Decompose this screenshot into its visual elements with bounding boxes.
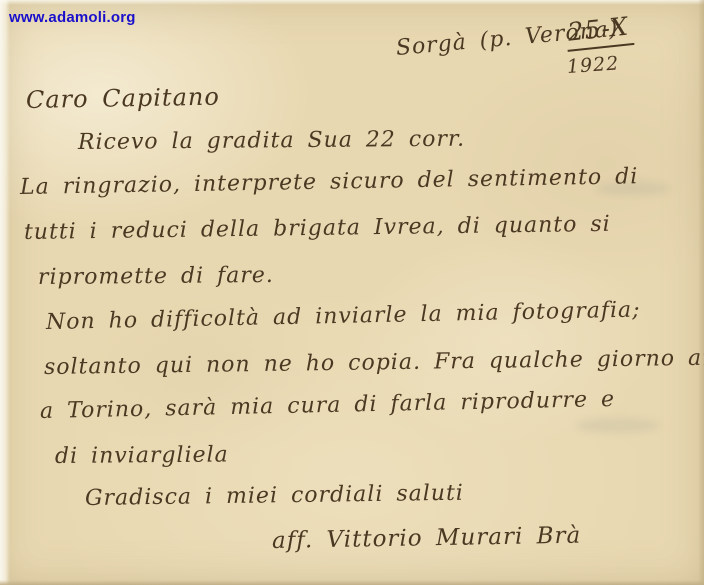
paper-edge-top [0,0,704,5]
letter-line: a Torino, sarà mia cura di farla riprodu… [40,387,616,424]
site-watermark: www.adamoli.org [9,9,136,26]
letter-line: di inviargliela [55,442,229,469]
paper-edge-right [698,0,704,585]
letter-line: Gradisca i miei cordiali saluti [85,481,464,511]
paper-smudge [576,418,660,433]
dateline-year: 1922 [566,52,620,78]
letter-line: La ringrazio, interprete sicuro del sent… [20,164,639,200]
letter-line: tutti i reduci della brigata Ivrea, di q… [24,212,611,245]
signature: aff. Vittorio Murari Brà [272,523,582,554]
salutation: Caro Capitano [26,83,220,114]
paper-edge-left [0,0,10,585]
letter-line: Non ho difficoltà ad inviarle la mia fot… [46,298,641,335]
scanned-letter: www.adamoli.org Sorgà (p. Verona) 25-X 1… [0,0,704,585]
letter-line: ripromette di fare. [38,263,274,290]
letter-line: soltanto qui non ne ho copia. Fra qualch… [44,345,704,380]
dateline-day: 25-X [564,11,634,52]
letter-line: Ricevo la gradita Sua 22 corr. [78,127,465,155]
paper-edge-bottom [0,580,704,585]
